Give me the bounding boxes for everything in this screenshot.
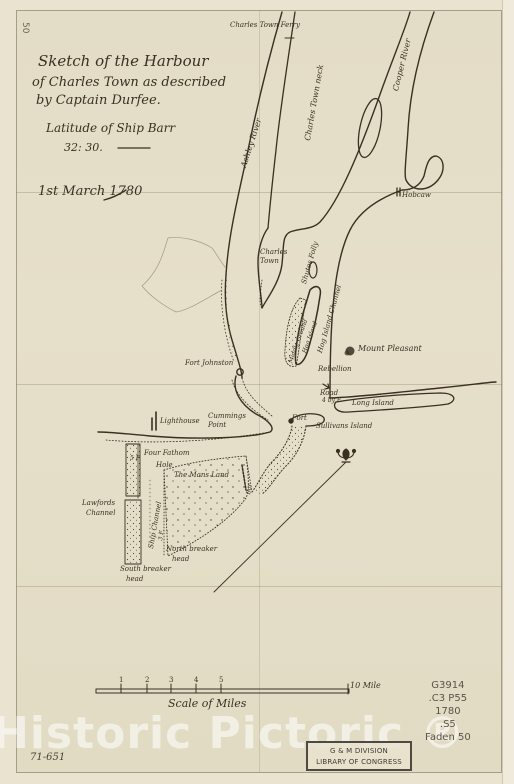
mount-pleasant-marker (345, 347, 354, 355)
label-south-breaker: South breaker (120, 566, 171, 573)
label-four-fathom-hole: Four Fathom (144, 450, 190, 457)
label-road-guns: 4 by F. (322, 398, 342, 404)
scale-tick-1: 1 (119, 676, 123, 684)
call-number-line: .C3 P55 (425, 692, 471, 705)
label-charles-town: Charles Town (260, 248, 290, 266)
label-fort-johnston: Fort Johnston (185, 360, 233, 367)
label-south-breaker-head: head (126, 576, 143, 583)
label-mount-pleasant: Mount Pleasant (358, 345, 422, 353)
folio-number: 50 (20, 22, 30, 33)
label-five-fathom: 5 F. (130, 456, 141, 462)
map-title-line-3: by Captain Durfee. (36, 94, 161, 107)
label-lawfords-channel: Channel (86, 510, 115, 517)
label-road: Road (320, 390, 338, 397)
scale-bar (96, 684, 349, 694)
label-lawfords: Lawfords (82, 500, 115, 507)
label-sullivans-island-text: Sullivans Island (316, 422, 372, 430)
label-fort: Fort (292, 415, 307, 422)
pencil-outline (142, 237, 226, 312)
latitude-value: 32: 30. (64, 142, 103, 153)
lawfords-channel-south-strip (125, 500, 141, 564)
label-the-mans-land: The Mans Land (174, 472, 229, 479)
hobcaw-marker (397, 188, 400, 196)
fleur-de-lis-icon (337, 449, 356, 462)
ashley-river-east-bank (268, 12, 295, 228)
label-lighthouse: Lighthouse (160, 418, 200, 425)
call-number-line: .S5 (425, 718, 471, 731)
scale-tick-5: 5 (219, 676, 223, 684)
label-cummings-point: Cummings Point (208, 412, 240, 430)
scale-tick-3: 3 (169, 676, 173, 684)
scale-tick-4: 4 (194, 676, 198, 684)
map-title-line-1: Sketch of the Harbour (38, 54, 208, 69)
map-title-line-2: of Charles Town as described (32, 76, 226, 89)
stamp-line-1: G & M DIVISION (308, 746, 410, 757)
james-island-shoal (98, 376, 272, 438)
map-date: 1st March 1780 (38, 185, 142, 198)
scale-end-label: 10 Mile (350, 682, 381, 690)
label-sullivans-island: Sullivans Island (316, 422, 372, 431)
label-charles-town-ferry: Charles Town Ferry (230, 22, 300, 29)
label-rebellion: Rebellion (318, 366, 351, 373)
label-long-island: Long Island (352, 400, 394, 407)
label-north-breaker: North breaker (166, 546, 217, 553)
ashley-river-west-bank (225, 12, 282, 378)
call-number: G3914 .C3 P55 1780 .S5 Faden 50 (425, 679, 471, 744)
label-hobcaw: Hobcaw (402, 192, 431, 199)
cooper-river-island (354, 97, 386, 160)
latitude-label: Latitude of Ship Barr (46, 122, 175, 134)
call-number-line: 1780 (425, 705, 471, 718)
label-hole: Hole (156, 462, 173, 469)
lighthouse-mark (152, 412, 156, 430)
accession-number: 71-651 (30, 752, 65, 763)
scale-tick-2: 2 (145, 676, 149, 684)
library-stamp: G & M DIVISION LIBRARY OF CONGRESS (306, 741, 412, 771)
stamp-line-2: LIBRARY OF CONGRESS (308, 757, 410, 768)
cooper-river-east-bank (330, 12, 496, 398)
call-number-line: G3914 (425, 679, 471, 692)
label-north-breaker-head: head (172, 556, 189, 563)
call-number-line: Faden 50 (425, 731, 471, 744)
